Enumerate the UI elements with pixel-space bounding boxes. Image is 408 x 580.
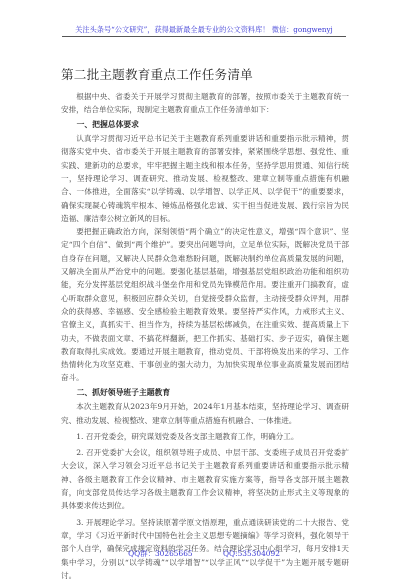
qq-number: QQ:535304092 — [223, 549, 280, 558]
document-title: 第二批主题教育重点工作任务清单 — [61, 64, 253, 83]
section-2-paragraph-1: 本次主题教育从2023年9月开始，2024年1月基本结束，坚持理论学习、调查研究… — [61, 400, 349, 427]
intro-paragraph: 根据中央、省委关于开展学习贯彻主题教育的部署，按照市委关于主题教育统一安排，结合… — [61, 90, 349, 117]
section-2-item-1: 1. 召开党委会，研究谋划党委及各支部主题教育工作，明确分工。 — [61, 430, 349, 443]
document-page: 关注头条号“公文研究”，获得最新最全最专业的公文资料库！ 微信：gongweny… — [0, 0, 408, 580]
footer-contact: QQ群：30265665 QQ:535304092 — [0, 548, 408, 559]
section-2-item-2: 2. 召开党委扩大会议，组织领导班子成员、中层干部、支委班子成员召开党委扩大会议… — [61, 446, 349, 512]
document-body: 根据中央、省委关于开展学习贯彻主题教育的部署，按照市委关于主题教育统一安排，结合… — [61, 90, 349, 580]
section-1-paragraph-1: 认真学习贯彻习近平总书记关于主题教育系列重要讲话和重要指示批示精神，贯彻落实党中… — [61, 132, 349, 225]
section-1-paragraph-2: 要把握正确政治方向，深刻领悟“两个确立”的决定性意义，增强“四个意识”、坚定“四… — [61, 225, 349, 385]
section-heading-2: 二、抓好领导班子主题教育 — [61, 386, 349, 400]
header-banner: 关注头条号“公文研究”，获得最新最全最专业的公文资料库！ 微信：gongweny… — [62, 25, 346, 37]
section-heading-1: 一、把握总体要求 — [61, 118, 349, 132]
qq-group-number: QQ群：30265665 — [128, 549, 193, 558]
